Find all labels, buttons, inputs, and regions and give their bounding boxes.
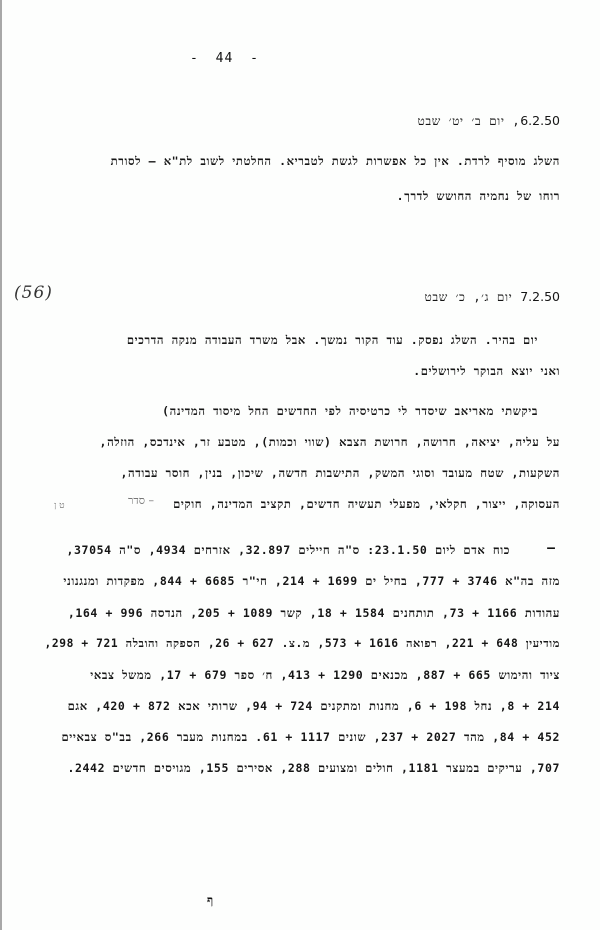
entry-date-heading: 6.2.50, יום ב׳ יט׳ שבט: [418, 113, 560, 129]
paragraph-line: על עליה, יציאה, חרושה, חרושת הצבא (שווי …: [100, 435, 560, 449]
report-line: מזה בה"א 3746 + 777, בחיל ים 1699 + 214,…: [63, 574, 560, 588]
entry-date: 7.2.50: [520, 289, 560, 304]
handwritten-annotation: סדר –: [128, 494, 154, 507]
paragraph-line: רוחו של נחמיה החושש לדרך.: [397, 189, 560, 203]
entry-date: 6.2.50: [520, 113, 560, 128]
paragraph-line: השלג מוסיף לרדת. אין כל אפשרות לגשת לטבר…: [111, 154, 560, 168]
page-number: - 44 -: [190, 51, 259, 66]
paragraph-line: ביקשתי מאריאב שיסדר לי כרטיסיה לפי החדשי…: [162, 404, 538, 418]
handwritten-margin-note: (56): [14, 283, 53, 303]
paragraph-line: השקעות, שטח מעובד וסוגי המשק, התישבות חד…: [121, 466, 561, 480]
scan-edge: [0, 0, 2, 930]
list-bullet: –: [547, 541, 555, 556]
entry-day-label: יום ג׳, כ׳ שבט: [425, 290, 521, 304]
report-line: עהודות 1166 + 73, תותחנים 1584 + 18, קשר…: [68, 606, 560, 620]
paragraph-line: ואני יוצא הבוקר לירושלים.: [413, 364, 560, 378]
report-line: כוח אדם ליום 23.1.50: ס"ה חיילים 32.897,…: [67, 543, 511, 557]
report-line: מודיעין 648 + 221, רפואה 1616 + 573, מ.צ…: [45, 637, 561, 650]
margin-scribble: ט ן: [54, 500, 65, 511]
footer-ink-mark: ף: [207, 893, 213, 908]
report-line: ציוד והימוש 665 + 887, מכנאים 1290 + 413…: [90, 668, 560, 682]
paragraph-line: יום בהיר. השלג נפסק. עוד הקור נמשך. אבל …: [127, 333, 538, 347]
report-line: 452 + 84, מהד 2027 + 237, שונים 1117 + 6…: [61, 730, 560, 744]
paragraph-line: העסוקה, ייצור, חקלאי, מפעלי תעשיה חדשים,…: [173, 497, 560, 511]
report-line: 214 + 8, נחל 198 + 6, מחנות ומתקנים 724 …: [68, 699, 560, 713]
entry-date-heading: 7.2.50 יום ג׳, כ׳ שבט: [425, 289, 561, 305]
entry-day-label: , יום ב׳ יט׳ שבט: [418, 114, 521, 128]
report-line: 707, עריקים במעצר 1181, חולים ומצועים 28…: [67, 761, 560, 775]
